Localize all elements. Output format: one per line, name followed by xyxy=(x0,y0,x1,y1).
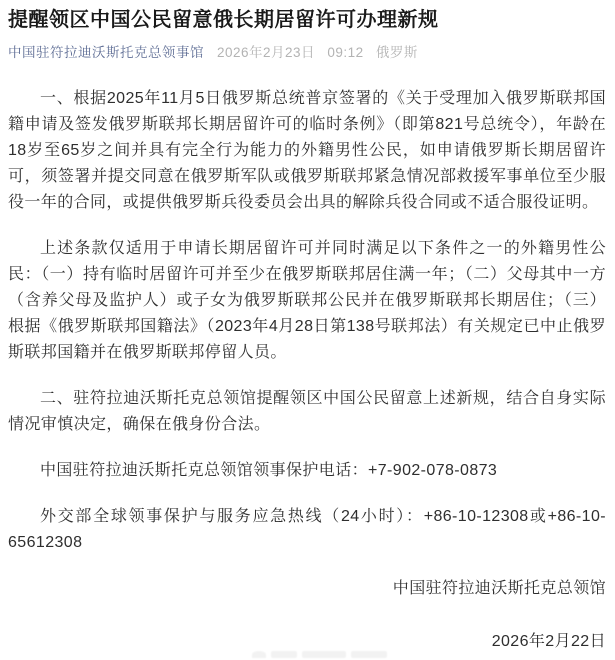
article-paragraph: 二、驻符拉迪沃斯托克总领馆提醒领区中国公民留意上述新规，结合自身实际情况审慎决定… xyxy=(8,386,606,438)
article-page: 提醒领区中国公民留意俄长期居留许可办理新规 中国驻符拉迪沃斯托克总领事馆 202… xyxy=(0,0,615,660)
publish-location: 俄罗斯 xyxy=(376,45,418,60)
watermark xyxy=(252,651,392,660)
signature-org: 中国驻符拉迪沃斯托克总领馆 xyxy=(8,576,606,602)
article-paragraph: 一、根据2025年11月5日俄罗斯总统普京签署的《关于受理加入俄罗斯联邦国籍申请… xyxy=(8,86,606,216)
article-paragraph: 上述条款仅适用于申请长期居留许可并同时满足以下条件之一的外籍男性公民：（一）持有… xyxy=(8,236,606,366)
publish-date: 2026年2月23日 xyxy=(217,45,315,60)
source-link[interactable]: 中国驻符拉迪沃斯托克总领事馆 xyxy=(8,43,204,62)
article-body: 一、根据2025年11月5日俄罗斯总统普京签署的《关于受理加入俄罗斯联邦国籍申请… xyxy=(8,86,606,556)
publish-time: 09:12 xyxy=(327,45,363,60)
signature-block: 中国驻符拉迪沃斯托克总领馆 2026年2月22日 xyxy=(8,576,606,655)
article-byline: 中国驻符拉迪沃斯托克总领事馆 2026年2月23日 09:12 俄罗斯 xyxy=(8,43,606,62)
publish-meta: 2026年2月23日 09:12 俄罗斯 xyxy=(217,43,426,62)
article-paragraph-consular-phone: 中国驻符拉迪沃斯托克总领馆领事保护电话：+7-902-078-0873 xyxy=(8,458,606,484)
article-paragraph-hotline: 外交部全球领事保护与服务应急热线（24小时）：+86-10-12308或+86-… xyxy=(8,504,606,556)
article-title: 提醒领区中国公民留意俄长期居留许可办理新规 xyxy=(8,6,606,34)
